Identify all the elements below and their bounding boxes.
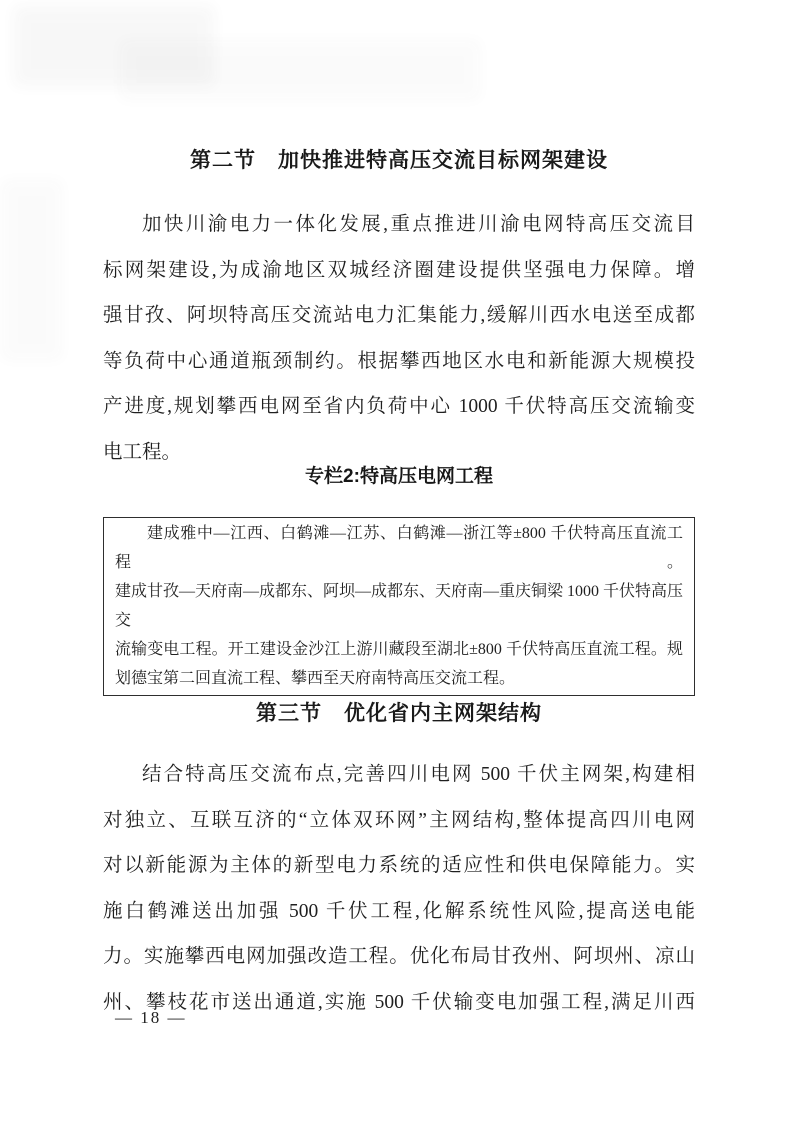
- paragraph-text-line: 施白鹤滩送出加强 500 千伏工程,化解系统性风险,提高送电能: [103, 889, 695, 935]
- paragraph-text-line: 等负荷中心通道瓶颈制约。根据攀西地区水电和新能源大规模投: [103, 339, 695, 385]
- paragraph-text-line: 州、攀枝花市送出通道,实施 500 千伏输变电加强工程,满足川西: [103, 980, 695, 1026]
- paragraph-text-line: 加快川渝电力一体化发展,重点推进川渝电网特高压交流目: [103, 202, 695, 248]
- section-3-heading: 第三节 优化省内主网架结构: [103, 697, 695, 727]
- callout-box: 建成雅中—江西、白鹤滩—江苏、白鹤滩—浙江等±800 千伏特高压直流工程。建成甘…: [103, 517, 695, 696]
- paragraph-text-line: 标网架建设,为成渝地区双城经济圈建设提供坚强电力保障。增: [103, 248, 695, 294]
- section-2-paragraph: 加快川渝电力一体化发展,重点推进川渝电网特高压交流目标网架建设,为成渝地区双城经…: [103, 202, 695, 475]
- callout-title: 专栏2:特高压电网工程: [103, 461, 695, 488]
- paragraph-text-line: 力。实施攀西电网加强改造工程。优化布局甘孜州、阿坝州、凉山: [103, 934, 695, 980]
- callout-text-line: 建成甘孜—天府南—成都东、阿坝—成都东、天府南—重庆铜梁 1000 千伏特高压交: [115, 577, 683, 635]
- callout-text-line: 划德宝第二回直流工程、攀西至天府南特高压交流工程。: [115, 664, 683, 693]
- paragraph-text-line: 产进度,规划攀西电网至省内负荷中心 1000 千伏特高压交流输变: [103, 384, 695, 430]
- page-number: — 18 —: [115, 1008, 187, 1028]
- document-page: 第二节 加快推进特高压交流目标网架建设 加快川渝电力一体化发展,重点推进川渝电网…: [0, 0, 800, 1131]
- paragraph-text-line: 对独立、互联互济的“立体双环网”主网结构,整体提高四川电网: [103, 798, 695, 844]
- section-2-heading: 第二节 加快推进特高压交流目标网架建设: [103, 144, 695, 174]
- callout-text-line: 流输变电工程。开工建设金沙江上游川藏段至湖北±800 千伏特高压直流工程。规: [115, 635, 683, 664]
- paragraph-text-line: 强甘孜、阿坝特高压交流站电力汇集能力,缓解川西水电送至成都: [103, 293, 695, 339]
- paragraph-text-line: 结合特高压交流布点,完善四川电网 500 千伏主网架,构建相: [103, 752, 695, 798]
- paragraph-text-line: 对以新能源为主体的新型电力系统的适应性和供电保障能力。实: [103, 843, 695, 889]
- section-3-paragraph: 结合特高压交流布点,完善四川电网 500 千伏主网架,构建相对独立、互联互济的“…: [103, 752, 695, 1025]
- callout-text-line: 建成雅中—江西、白鹤滩—江苏、白鹤滩—浙江等±800 千伏特高压直流工程。: [115, 519, 683, 577]
- scan-artifact: [120, 40, 480, 100]
- scan-artifact: [2, 180, 62, 360]
